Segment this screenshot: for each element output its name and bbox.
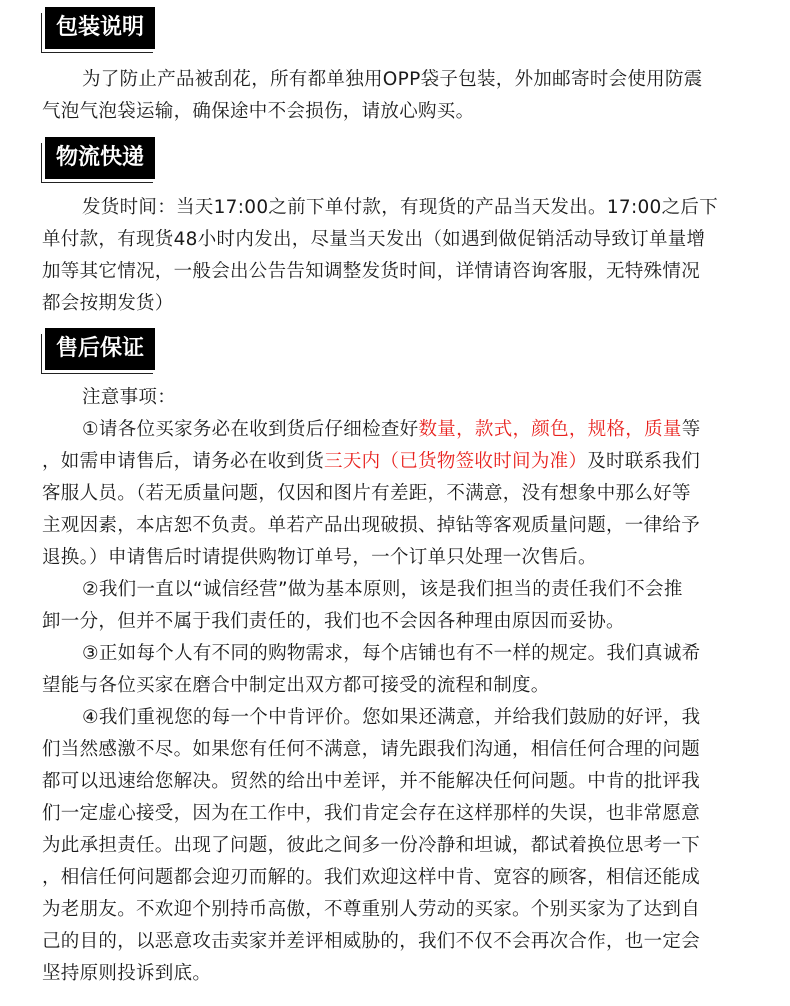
text: 及时联系我们: [587, 451, 700, 472]
text-line: 己的目的，以恶意攻击卖家并差评相威胁的，我们不仅不会再次合作，也一定会: [42, 926, 748, 958]
logistics-paragraph: 发货时间：当天17:00之前下单付款，有现货的产品当天发出。17:00之后下 单…: [42, 192, 748, 320]
highlight-red-text: 三天内（已货物签收时间为准）: [324, 451, 587, 472]
text-line: 卸一分，但并不属于我们责任的，我们也不会因各种理由原因而妥协。: [42, 606, 748, 638]
item1-line1: ①请各位买家务必在收到货后仔细检查好数量，款式，颜色，规格，质量等: [42, 414, 748, 446]
text-line: ②我们一直以“诚信经营”做为基本原则，该是我们担当的责任我们不会推: [42, 574, 748, 606]
text-line: 单付款，有现货48小时内发出，尽量当天发出（如遇到做促销活动导致订单量增: [42, 224, 748, 256]
section-header-packaging: 包装说明: [45, 7, 155, 49]
text-line: 为老朋友。不欢迎个别持币高傲，不尊重别人劳动的买家。个别买家为了达到自: [42, 894, 748, 926]
text-line: 加等其它情况，一般会出公告告知调整发货时间，详情请咨询客服，无特殊情况: [42, 256, 748, 288]
text-line: 们当然感激不尽。如果您有任何不满意，请先跟我们沟通，相信任何合理的问题: [42, 734, 748, 766]
text: ①请各位买家务必在收到货后仔细检查好: [82, 419, 419, 440]
section-title-after-sales: 售后保证: [45, 328, 155, 370]
item1-line2: ，如需申请售后，请务必在收到货三天内（已货物签收时间为准）及时联系我们: [42, 446, 748, 478]
text: ，如需申请售后，请务必在收到货: [42, 451, 324, 472]
text-line: 主观因素，本店恕不负责。单若产品出现破损、掉钻等客观质量问题，一律给予: [42, 510, 748, 542]
text-line: 客服人员。（若无质量问题，仅因和图片有差距，不满意，没有想象中那么好等: [42, 478, 748, 510]
section-header-after-sales: 售后保证: [45, 328, 155, 370]
text-line: 都可以迅速给您解决。贸然的给出中差评，并不能解决任何问题。中肯的批评我: [42, 766, 748, 798]
section-title-packaging: 包装说明: [45, 7, 155, 49]
highlight-red-text: 数量，款式，颜色，规格，质量: [419, 419, 682, 440]
text-line: 气泡气泡袋运输，确保途中不会损伤，请放心购买。: [42, 96, 748, 128]
text-line: ③正如每个人有不同的购物需求，每个店铺也有不一样的规定。我们真诚希: [42, 638, 748, 670]
notice-heading: 注意事项：: [42, 382, 748, 414]
text-line: ，相信任何问题都会迎刃而解的。我们欢迎这样中肯、宽容的顾客，相信还能成: [42, 862, 748, 894]
text-line: 为了防止产品被刮花，所有都单独用OPP袋子包装，外加邮寄时会使用防震: [42, 64, 748, 96]
text: 等: [682, 419, 701, 440]
text-line: 望能与各位买家在磨合中制定出双方都可接受的流程和制度。: [42, 670, 748, 702]
text-line: 发货时间：当天17:00之前下单付款，有现货的产品当天发出。17:00之后下: [42, 192, 748, 224]
text-line: 都会按期发货）: [42, 288, 748, 320]
text-line: 坚持原则投诉到底。: [42, 958, 748, 990]
section-header-logistics: 物流快递: [45, 137, 155, 179]
text-line: 为此承担责任。出现了问题，彼此之间多一份冷静和坦诚，都试着换位思考一下: [42, 830, 748, 862]
packaging-paragraph: 为了防止产品被刮花，所有都单独用OPP袋子包装，外加邮寄时会使用防震 气泡气泡袋…: [42, 64, 748, 128]
after-sales-paragraph: 注意事项： ①请各位买家务必在收到货后仔细检查好数量，款式，颜色，规格，质量等 …: [42, 382, 748, 990]
text-line: 退换。）申请售后时请提供购物订单号，一个订单只处理一次售后。: [42, 542, 748, 574]
section-title-logistics: 物流快递: [45, 137, 155, 179]
text-line: ④我们重视您的每一个中肯评价。您如果还满意，并给我们鼓励的好评，我: [42, 702, 748, 734]
text-line: 们一定虚心接受，因为在工作中，我们肯定会存在这样那样的失误，也非常愿意: [42, 798, 748, 830]
